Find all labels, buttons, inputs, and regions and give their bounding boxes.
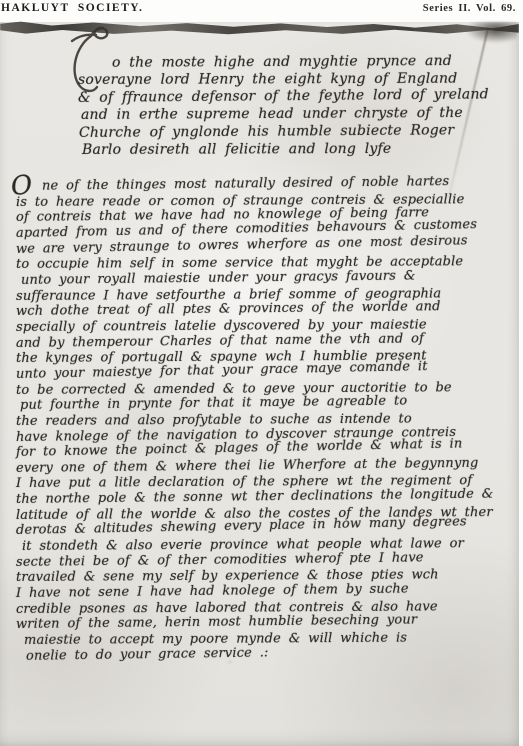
running-head: HAKLUYT SOCIETY. Series II. Vol. 69. <box>0 2 523 18</box>
series-volume-label: Series II. Vol. 69. <box>423 3 516 14</box>
manuscript-line: Churche of ynglonde his humble subiecte … <box>78 122 489 142</box>
manuscript-line: & of ffraunce defensor of the feythe lor… <box>78 86 489 107</box>
corner-smudge <box>465 22 517 48</box>
dedication-block: o the moste highe and myghtie prynce and… <box>78 55 489 159</box>
society-title: HAKLUYT SOCIETY. <box>1 2 143 14</box>
manuscript-line: ne of the thinges most naturally desired… <box>16 174 494 195</box>
scanned-book-page: HAKLUYT SOCIETY. Series II. Vol. 69. o t… <box>0 0 523 746</box>
dedication-body-block: ne of the thinges most naturally desired… <box>16 179 494 664</box>
manuscript-line: o the moste highe and myghtie prynce and <box>78 53 489 73</box>
manuscript-line: Barlo desireth all felicitie and long ly… <box>78 141 489 160</box>
manuscript-photo-plate: o the moste highe and myghtie prynce and… <box>0 22 519 746</box>
